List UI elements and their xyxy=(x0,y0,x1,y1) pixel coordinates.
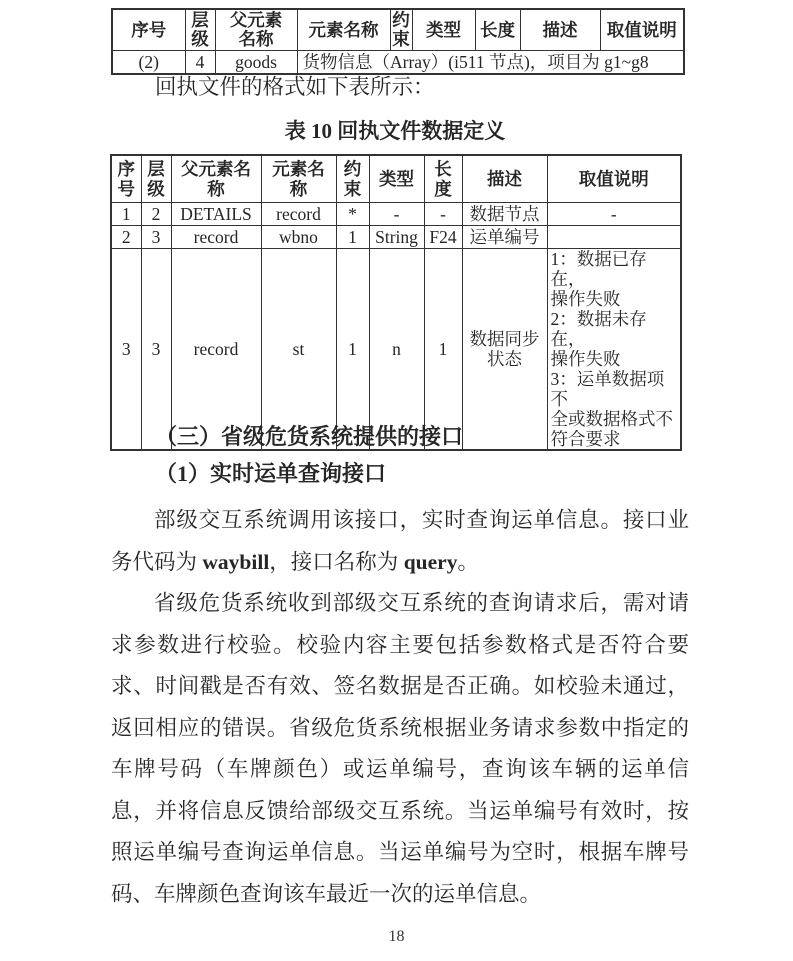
col-header-remark: 取值说明 xyxy=(547,155,681,203)
cell-parent: goods xyxy=(215,51,297,75)
page-number: 18 xyxy=(0,928,793,946)
cell-element: st xyxy=(261,249,336,451)
cell-length: 1 xyxy=(424,249,462,451)
col-header-parent: 父元素名 称 xyxy=(171,155,261,203)
col-header-seq: 序 号 xyxy=(111,155,141,203)
col-header-level: 层 级 xyxy=(141,155,171,203)
paragraph-text: 。 xyxy=(457,550,479,574)
paragraph-interface-intro: 部级交互系统调用该接口，实时查询运单信息。接口业务代码为 waybill，接口名… xyxy=(111,500,689,583)
cell-length: F24 xyxy=(424,226,462,249)
col-header-constraint: 约 束 xyxy=(390,9,412,51)
table-row: 1 2 DETAILS record * - - 数据节点 - xyxy=(111,203,681,226)
code-query: query xyxy=(404,550,458,574)
cell-remark xyxy=(547,226,681,249)
cell-constraint: * xyxy=(336,203,369,226)
cell-parent: record xyxy=(171,249,261,451)
col-header-constraint: 约 束 xyxy=(336,155,369,203)
document-page: { "table_a": { "headers": ["序号", "层\n级",… xyxy=(0,0,793,961)
col-header-length: 长 度 xyxy=(424,155,462,203)
table-row: 3 3 record st 1 n 1 数据同步 状态 1：数据已存在， 操作失… xyxy=(111,249,681,451)
code-waybill: waybill xyxy=(202,550,269,574)
col-header-level: 层 级 xyxy=(185,9,215,51)
table-row: (2) 4 goods 货物信息（Array）(i511 节点)，项目为 g1~… xyxy=(112,51,684,75)
cell-goods-info: 货物信息（Array）(i511 节点)，项目为 g1~g8 xyxy=(297,51,684,75)
cell-constraint: 1 xyxy=(336,226,369,249)
cell-seq: 1 xyxy=(111,203,141,226)
cell-parent: record xyxy=(171,226,261,249)
section-heading: （三）省级危货系统提供的接口 xyxy=(111,423,691,451)
cell-seq: 3 xyxy=(111,249,141,451)
receipt-file-table: 序 号 层 级 父元素名 称 元素名 称 约 束 类型 长 度 描述 取值说明 … xyxy=(110,154,682,451)
cell-length: - xyxy=(424,203,462,226)
cell-desc: 运单编号 xyxy=(462,226,547,249)
col-header-type: 类型 xyxy=(369,155,424,203)
col-header-element: 元素名称 xyxy=(297,9,390,51)
cell-level: 2 xyxy=(141,203,171,226)
subsection-heading: （1）实时运单查询接口 xyxy=(111,460,691,488)
cell-type: - xyxy=(369,203,424,226)
cell-constraint: 1 xyxy=(336,249,369,451)
col-header-seq: 序号 xyxy=(112,9,185,51)
col-header-desc: 描述 xyxy=(520,9,600,51)
paragraph-query-process: 省级危货系统收到部级交互系统的查询请求后，需对请求参数进行校验。校验内容主要包括… xyxy=(111,583,689,915)
paragraph-text: ，接口名称为 xyxy=(269,550,403,574)
cell-type: String xyxy=(369,226,424,249)
table-10-title: 表 10 回执文件数据定义 xyxy=(110,118,680,145)
col-header-element: 元素名 称 xyxy=(261,155,336,203)
goods-element-table: 序号 层 级 父元素 名称 元素名称 约 束 类型 长度 描述 取值说明 (2)… xyxy=(111,8,685,75)
cell-level: 3 xyxy=(141,226,171,249)
cell-level: 3 xyxy=(141,249,171,451)
cell-remark: - xyxy=(547,203,681,226)
col-header-type: 类型 xyxy=(412,9,475,51)
table-header-row: 序 号 层 级 父元素名 称 元素名 称 约 束 类型 长 度 描述 取值说明 xyxy=(111,155,681,203)
body-text: 部级交互系统调用该接口，实时查询运单信息。接口业务代码为 waybill，接口名… xyxy=(111,500,689,915)
cell-desc: 数据同步 状态 xyxy=(462,249,547,451)
col-header-length: 长度 xyxy=(475,9,520,51)
cell-desc: 数据节点 xyxy=(462,203,547,226)
cell-type: n xyxy=(369,249,424,451)
cell-remark-status-values: 1：数据已存在， 操作失败 2：数据未存在， 操作失败 3：运单数据项不 全或数… xyxy=(547,249,681,451)
cell-level: 4 xyxy=(185,51,215,75)
cell-parent: DETAILS xyxy=(171,203,261,226)
col-header-desc: 描述 xyxy=(462,155,547,203)
col-header-parent: 父元素 名称 xyxy=(215,9,297,51)
cell-element: record xyxy=(261,203,336,226)
col-header-remark: 取值说明 xyxy=(600,9,684,51)
receipt-intro-text: 回执文件的格式如下表所示： xyxy=(111,74,691,101)
table-header-row: 序号 层 级 父元素 名称 元素名称 约 束 类型 长度 描述 取值说明 xyxy=(112,9,684,51)
cell-seq: (2) xyxy=(112,51,185,75)
table-row: 2 3 record wbno 1 String F24 运单编号 xyxy=(111,226,681,249)
cell-element: wbno xyxy=(261,226,336,249)
cell-seq: 2 xyxy=(111,226,141,249)
